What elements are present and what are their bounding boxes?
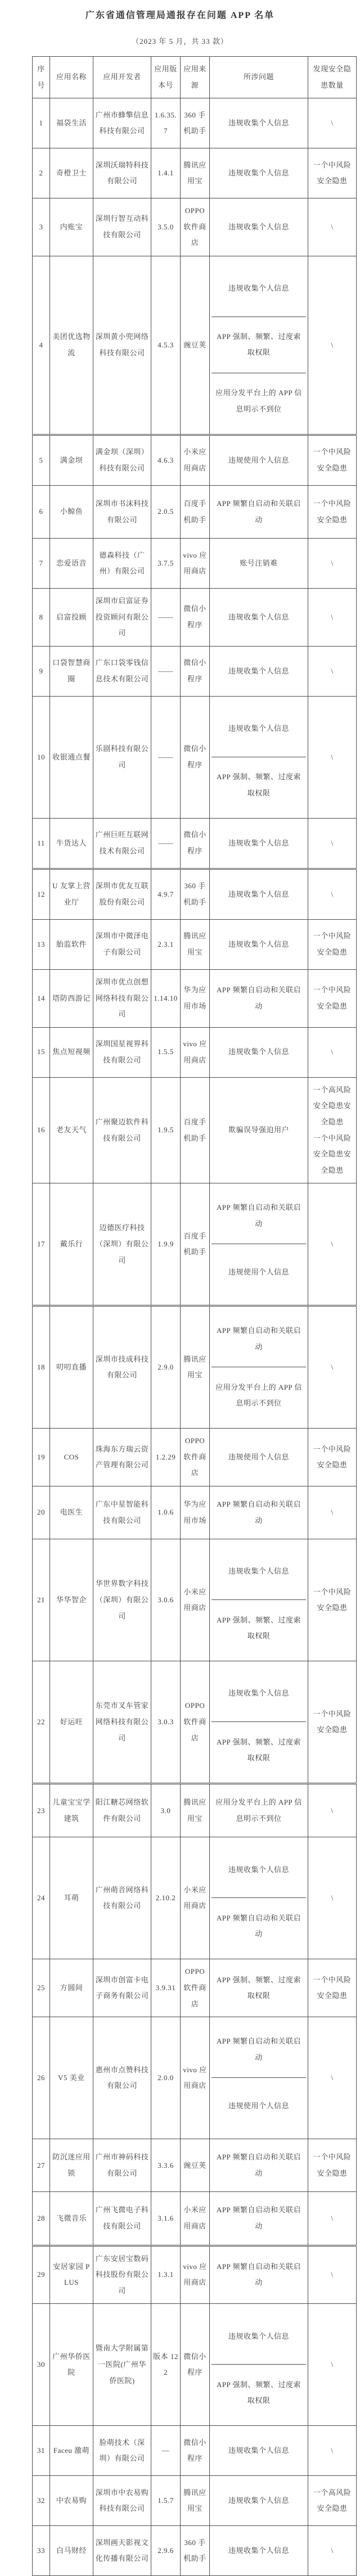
table-row: 17戴乐行迈德医疗科技（深圳）有限公司1.9.9百度手机助手APP 频繁自启动和… <box>33 1183 357 1306</box>
cell-app-name: 中农易购 <box>50 2476 93 2526</box>
issue-item: 应用分发平台上的 APP 信息明示不到位 <box>211 373 306 430</box>
issue-item: 违规收集个人信息 <box>211 103 306 143</box>
cell-risk-count: 一个中风险安全隐患 <box>308 485 357 538</box>
issue-item: APP 频繁自启动和关联启动 <box>211 2144 306 2187</box>
table-row: 31Faceu 激萌脸萌技术（深圳）有限公司—微信小程序违规收集个人信息\ <box>33 2426 357 2476</box>
cell-serial-number: 1 <box>33 98 50 148</box>
cell-risk-count: \ <box>308 2426 357 2476</box>
risk-count-line: 一个中风险安全隐患 <box>310 496 354 528</box>
cell-app-name: 白马财经 <box>50 2526 93 2576</box>
table-row: 18叨叨直播深圳市技成科技有限公司2.9.0腾讯应用宝APP 频繁自启动和关联启… <box>33 1306 357 1429</box>
cell-risk-count: \ <box>308 2017 357 2139</box>
cell-issues: 违规收集个人信息 <box>210 2476 308 2526</box>
cell-risk-count: 一个中风险安全隐患 <box>308 435 357 485</box>
cell-serial-number: 23 <box>33 1784 50 1837</box>
cell-serial-number: 17 <box>33 1183 50 1306</box>
cell-source: 豌豆荚 <box>181 256 210 435</box>
cell-issues: 违规收集个人信息APP 强制、频繁、过度索取权限 <box>210 696 308 818</box>
issue-item: APP 频繁自启动和关联启动 <box>211 1491 306 1534</box>
cell-developer: 深圳沃瑞特科技有限公司 <box>93 148 151 198</box>
cell-risk-count: \ <box>308 2526 357 2576</box>
cell-risk-count: \ <box>308 198 357 256</box>
column-header: 所涉问题 <box>210 57 308 98</box>
cell-issues: 违规收集个人信息APP 强制、频繁、过度索取权限 <box>210 2304 308 2426</box>
issue-item: APP 频繁自启动和关联启动 <box>211 1188 306 1244</box>
issue-item: APP 频繁自启动和关联启动 <box>211 2022 306 2078</box>
risk-count-line: \ <box>310 2443 354 2459</box>
cell-developer: 深圳行智互动科技有限公司 <box>93 198 151 256</box>
cell-developer: 深圳市书沫科技有限公司 <box>93 485 151 538</box>
risk-count-line: \ <box>310 1236 354 1253</box>
cell-developer: 深圳画天影视文化传播有限公司 <box>93 2526 151 2576</box>
cell-version: 3.0.3 <box>151 1661 181 1784</box>
cell-source: vivo 应用商店 <box>181 1027 210 1077</box>
cell-app-name: 老友天气 <box>50 1077 93 1183</box>
issue-item: 违规收集个人信息 <box>211 1544 306 1600</box>
issue-item: 账号注销难 <box>211 543 306 584</box>
page-subtitle: （2023 年 5 月，共 33 款） <box>0 35 360 46</box>
cell-source: 小米应用商店 <box>181 435 210 485</box>
table-row: 29安居家园 PLUS广东安居宝数码科技股份有限公司1.3.1vivo 应用商店… <box>33 2245 357 2304</box>
cell-app-name: 耳萌 <box>50 1837 93 1959</box>
cell-developer: 深圳市创富卡电子商务有限公司 <box>93 1959 151 2017</box>
cell-version: 1.4.1 <box>151 148 181 198</box>
table-row: 13胎监软件深圳市中微泽电子有限公司2.3.1腾讯应用宝违规收集个人信息一个中风… <box>33 919 357 969</box>
issue-item: 违规使用个人信息 <box>211 2078 306 2134</box>
column-header: 应用版本号 <box>151 57 181 98</box>
cell-serial-number: 3 <box>33 198 50 256</box>
cell-app-name: 启富投顾 <box>50 589 93 647</box>
cell-issues: 违规收集个人信息 <box>210 2426 308 2476</box>
cell-source: OPPO 软件商店 <box>181 1661 210 1784</box>
table-row: 6小鲸鱼深圳市书沫科技有限公司2.0.5百度手机助手APP 频繁自启动和关联启动… <box>33 485 357 538</box>
cell-app-name: Faceu 激萌 <box>50 2426 93 2476</box>
table-row: 14塔防西游记深圳市优点创想网络科技有限公司1.14.10华为应用市场APP 频… <box>33 969 357 1027</box>
table-row: 9口袋智慧商圈广东口袋零钱信息技术有限公司——微信小程序违规收集个人信息\ <box>33 646 357 696</box>
cell-risk-count: \ <box>308 1784 357 1837</box>
cell-serial-number: 11 <box>33 818 50 869</box>
cell-source: 360 手机助手 <box>181 869 210 919</box>
cell-issues: 违规收集个人信息 <box>210 646 308 696</box>
cell-source: 华为应用市场 <box>181 1486 210 1539</box>
cell-developer: 广州市神码科技有限公司 <box>93 2139 151 2192</box>
cell-developer: 深圳市优友互联股份有限公司 <box>93 869 151 919</box>
cell-risk-count: \ <box>308 1306 357 1429</box>
cell-app-name: 奇橙卫士 <box>50 148 93 198</box>
cell-risk-count: \ <box>308 2245 357 2304</box>
cell-source: 腾讯应用宝 <box>181 148 210 198</box>
cell-version: 2.9.0 <box>151 1306 181 1429</box>
issue-item: 违规使用个人信息 <box>211 1244 306 1300</box>
cell-serial-number: 7 <box>33 539 50 589</box>
cell-risk-count: \ <box>308 2304 357 2426</box>
cell-issues: 违规收集个人信息 <box>210 198 308 256</box>
risk-count-line: \ <box>310 2543 354 2559</box>
cell-serial-number: 12 <box>33 869 50 919</box>
cell-app-name: 安居家园 PLUS <box>50 2245 93 2304</box>
cell-app-name: 飞微音乐 <box>50 2192 93 2245</box>
cell-version: 2.0.5 <box>151 485 181 538</box>
table-row: 4美团优选物流深圳黄小兜网络科技有限公司4.5.3豌豆荚违规收集个人信息APP … <box>33 256 357 435</box>
cell-issues: 违规收集个人信息APP 强制、频繁、过度索取权限 <box>210 1539 308 1661</box>
risk-count-line: 一个中风险安全隐患 <box>310 1441 354 1474</box>
cell-source: 华为应用市场 <box>181 969 210 1027</box>
cell-version: 2.9.6 <box>151 2526 181 2576</box>
risk-count-line: \ <box>310 337 354 354</box>
cell-serial-number: 29 <box>33 2245 50 2304</box>
cell-developer: 深圳市中农易购科技有限公司 <box>93 2476 151 2526</box>
cell-source: 腾讯应用宝 <box>181 1784 210 1837</box>
cell-developer: 华世界数字科技（深圳）有限公司 <box>93 1539 151 1661</box>
cell-risk-count: \ <box>308 589 357 647</box>
cell-serial-number: 8 <box>33 589 50 647</box>
cell-serial-number: 24 <box>33 1837 50 1959</box>
cell-app-name: 福袋生活 <box>50 98 93 148</box>
cell-app-name: 美团优选物流 <box>50 256 93 435</box>
cell-serial-number: 14 <box>33 969 50 1027</box>
cell-source: 腾讯应用宝 <box>181 1306 210 1429</box>
risk-count-line: 一个中风险安全隐患 <box>310 982 354 1014</box>
cell-app-name: 叨叨直播 <box>50 1306 93 1429</box>
cell-developer: 暨南大学附属第一医院(广州华侨医院) <box>93 2304 151 2426</box>
cell-developer: 广州萌音网络科技有限公司 <box>93 1837 151 1959</box>
risk-count-line: 一个中风险安全隐患 <box>310 1706 354 1738</box>
cell-serial-number: 19 <box>33 1429 50 1486</box>
cell-developer: 德森科技（广州）有限公司 <box>93 539 151 589</box>
cell-developer: 深圳市中微泽电子有限公司 <box>93 919 151 969</box>
issue-item: APP 强制、频繁、过度索取权限 <box>211 1600 306 1656</box>
issue-item: 违规收集个人信息 <box>211 1666 306 1722</box>
risk-count-line: 一个中风险安全隐患 <box>310 444 354 476</box>
cell-source: 小米应用商店 <box>181 1539 210 1661</box>
risk-count-line: \ <box>310 835 354 852</box>
cell-source: OPPO 软件商店 <box>181 1959 210 2017</box>
issue-item: APP 频繁自启动和关联启动 <box>211 2253 306 2297</box>
cell-issues: 违规使用个人信息 <box>210 1429 308 1486</box>
risk-count-line: \ <box>310 1803 354 1819</box>
table-row: 1福袋生活广州市蜂擎信息科技有限公司1.6.35.7360 手机助手违规收集个人… <box>33 98 357 148</box>
issue-item: 违规收集个人信息 <box>211 924 306 965</box>
column-header: 发现安全隐患数量 <box>308 57 357 98</box>
cell-source: vivo 应用商店 <box>181 539 210 589</box>
cell-version: 4.5.3 <box>151 256 181 435</box>
table-row: 33白马财经深圳画天影视文化传播有限公司2.9.6360 手机助手违规收集个人信… <box>33 2526 357 2576</box>
cell-serial-number: 31 <box>33 2426 50 2476</box>
cell-developer: 脸萌技术（深圳）有限公司 <box>93 2426 151 2476</box>
cell-source: 百度手机助手 <box>181 1183 210 1306</box>
table-header: 序号应用名称应用开发者应用版本号应用来源所涉问题发现安全隐患数量 <box>33 57 357 98</box>
cell-issues: APP 频繁自启动和关联启动违规使用个人信息 <box>210 2017 308 2139</box>
cell-developer: 乐剧科技有限公司 <box>93 696 151 818</box>
cell-app-name: 收银通点餐 <box>50 696 93 818</box>
risk-count-line: 一个中风险安全隐患 <box>310 928 354 960</box>
column-header: 应用名称 <box>50 57 93 98</box>
table-row: 16老友天气广州聚迈软件科技有限公司1.9.5百度手机助手欺骗误导强迫用户一个高… <box>33 1077 357 1183</box>
issue-item: 应用分发平台上的 APP 信息明示不到位 <box>211 1367 306 1423</box>
cell-app-name: 戴乐行 <box>50 1183 93 1306</box>
cell-issues: APP 频繁自启动和关联启动 <box>210 485 308 538</box>
cell-risk-count: 一个中风险安全隐患 <box>308 1661 357 1784</box>
risk-count-line: 一个中风险安全隐患安全隐患 <box>310 1131 354 1179</box>
issue-item: APP 频繁自启动和关联启动 <box>211 490 306 534</box>
cell-developer: 广州飞微电子科技有限公司 <box>93 2192 151 2245</box>
cell-app-name: 焦点短视频 <box>50 1027 93 1077</box>
cell-version: 3.0.6 <box>151 1539 181 1661</box>
issue-item: APP 强制、频繁、过度索取权限 <box>211 1967 306 2010</box>
cell-serial-number: 21 <box>33 1539 50 1661</box>
table-row: 8启富投顾深圳市启富证券投资顾问有限公司——微信小程序违规收集个人信息\ <box>33 589 357 647</box>
cell-app-name: 满金坝 <box>50 435 93 485</box>
cell-risk-count: \ <box>308 646 357 696</box>
table-row: 22好运旺东莞市叉车管家网络科技有限公司3.0.3OPPO 软件商店违规收集个人… <box>33 1661 357 1784</box>
cell-developer: 广东中星智能科技有限公司 <box>93 1486 151 1539</box>
issue-item: 违规收集个人信息 <box>211 597 306 638</box>
cell-issues: 违规收集个人信息APP 强制、频繁、过度索取权限应用分发平台上的 APP 信息明… <box>210 256 308 435</box>
table-row: 5满金坝满金坝（深圳）科技有限公司4.6.3小米应用商店违规使用个人信息一个中风… <box>33 435 357 485</box>
cell-app-name: 方圆间 <box>50 1959 93 2017</box>
cell-risk-count: \ <box>308 1486 357 1539</box>
risk-count-line: \ <box>310 1044 354 1060</box>
table-row: 20电医生广东中星智能科技有限公司1.0.6华为应用市场APP 频繁自启动和关联… <box>33 1486 357 1539</box>
cell-risk-count: \ <box>308 539 357 589</box>
cell-risk-count: \ <box>308 98 357 148</box>
cell-source: 微信小程序 <box>181 2304 210 2426</box>
cell-source: 腾讯应用宝 <box>181 2476 210 2526</box>
cell-risk-count: 一个中风险安全隐患 <box>308 969 357 1027</box>
cell-serial-number: 10 <box>33 696 50 818</box>
cell-version: 3.3.6 <box>151 2139 181 2192</box>
cell-serial-number: 25 <box>33 1959 50 2017</box>
cell-app-name: 口袋智慧商圈 <box>50 646 93 696</box>
table-row: 19COS珠海东方瑞云资产管理有限公司1.2.29OPPO 软件商店违规使用个人… <box>33 1429 357 1486</box>
cell-developer: 珠海东方瑞云资产管理有限公司 <box>93 1429 151 1486</box>
cell-risk-count: 一个中风险安全隐患 <box>308 1429 357 1486</box>
issue-item: 违规收集个人信息 <box>211 2308 306 2365</box>
risk-count-line: \ <box>310 2211 354 2227</box>
cell-source: 微信小程序 <box>181 818 210 869</box>
cell-serial-number: 18 <box>33 1306 50 1429</box>
cell-issues: 欺骗误导强迫用户 <box>210 1077 308 1183</box>
cell-source: 360 手机助手 <box>181 2526 210 2576</box>
cell-issues: 违规收集个人信息APP 频繁自启动和关联启动 <box>210 1837 308 1959</box>
risk-count-line: 一个高风险安全隐患安全隐患 <box>310 1082 354 1131</box>
issue-item: 违规收集个人信息 <box>211 261 306 317</box>
cell-issues: APP 频繁自启动和关联启动 <box>210 2192 308 2245</box>
issue-item: 违规收集个人信息 <box>211 2480 306 2521</box>
cell-version: 1.3.1 <box>151 2245 181 2304</box>
column-header: 序号 <box>33 57 50 98</box>
table-row: 7恋爱语音德森科技（广州）有限公司3.7.5vivo 应用商店账号注销难\ <box>33 539 357 589</box>
cell-source: OPPO 软件商店 <box>181 198 210 256</box>
cell-issues: 违规收集个人信息 <box>210 2526 308 2576</box>
cell-source: 小米应用商店 <box>181 2192 210 2245</box>
issue-item: 违规收集个人信息 <box>211 207 306 247</box>
table-row: 24耳萌广州萌音网络科技有限公司2.10.2小米应用商店违规收集个人信息APP … <box>33 1837 357 1959</box>
issue-item: 违规收集个人信息 <box>211 651 306 692</box>
cell-risk-count: \ <box>308 869 357 919</box>
cell-developer: 深圳黄小兜网络科技有限公司 <box>93 256 151 435</box>
cell-source: vivo 应用商店 <box>181 2017 210 2139</box>
cell-risk-count: 一个高风险安全隐患 <box>308 2476 357 2526</box>
cell-risk-count: 一个中风险安全隐患 <box>308 1539 357 1661</box>
table-row: 10收银通点餐乐剧科技有限公司——微信小程序违规收集个人信息APP 强制、频繁、… <box>33 696 357 818</box>
cell-developer: 广州聚迈软件科技有限公司 <box>93 1077 151 1183</box>
cell-serial-number: 28 <box>33 2192 50 2245</box>
cell-risk-count: 一个中风险安全隐患 <box>308 919 357 969</box>
table-row: 30广州华侨医院暨南大学附属第一医院(广州华侨医院)版本 122微信小程序违规收… <box>33 2304 357 2426</box>
cell-app-name: COS <box>50 1429 93 1486</box>
cell-risk-count: \ <box>308 1027 357 1077</box>
cell-app-name: 好运旺 <box>50 1661 93 1784</box>
cell-developer: 广州巨旺互联网技术有限公司 <box>93 818 151 869</box>
cell-app-name: 内账宝 <box>50 198 93 256</box>
document-page: 广东省通信管理局通报存在问题 APP 名单 （2023 年 5 月，共 33 款… <box>0 0 360 2576</box>
cell-serial-number: 13 <box>33 919 50 969</box>
cell-issues: 违规收集个人信息 <box>210 148 308 198</box>
column-header: 应用来源 <box>181 57 210 98</box>
header-row: 序号应用名称应用开发者应用版本号应用来源所涉问题发现安全隐患数量 <box>33 57 357 98</box>
cell-developer: 深圳市技成科技有限公司 <box>93 1306 151 1429</box>
risk-count-line: \ <box>310 2070 354 2086</box>
cell-version: 3.9.31 <box>151 1959 181 2017</box>
cell-developer: 深圳市优点创想网络科技有限公司 <box>93 969 151 1027</box>
page-title: 广东省通信管理局通报存在问题 APP 名单 <box>0 0 360 21</box>
cell-version: 1.0.6 <box>151 1486 181 1539</box>
cell-serial-number: 9 <box>33 646 50 696</box>
cell-issues: 违规收集个人信息 <box>210 869 308 919</box>
cell-version: 4.9.7 <box>151 869 181 919</box>
cell-app-name: 牛货达人 <box>50 818 93 869</box>
cell-developer: 广东口袋零钱信息技术有限公司 <box>93 646 151 696</box>
cell-serial-number: 20 <box>33 1486 50 1539</box>
cell-issues: APP 频繁自启动和关联启动应用分发平台上的 APP 信息明示不到位 <box>210 1306 308 1429</box>
cell-developer: 阳江糖芯网络软件有限公司 <box>93 1784 151 1837</box>
table-row: 11牛货达人广州巨旺互联网技术有限公司——微信小程序违规收集个人信息\ <box>33 818 357 869</box>
issue-item: APP 强制、频繁、过度索取权限 <box>211 317 306 373</box>
cell-version: 3.0 <box>151 1784 181 1837</box>
cell-issues: 应用分发平台上的 APP 信息明示不到位 <box>210 1784 308 1837</box>
cell-developer: 迈德医疗科技（深圳）有限公司 <box>93 1183 151 1306</box>
cell-issues: APP 频繁自启动和关联启动 <box>210 969 308 1027</box>
risk-count-line: \ <box>310 663 354 680</box>
issue-item: 违规使用个人信息 <box>211 1437 306 1477</box>
risk-count-line: 一个中风险安全隐患 <box>310 1972 354 2004</box>
cell-version: 1.2.29 <box>151 1429 181 1486</box>
cell-version: 2.10.2 <box>151 1837 181 1959</box>
cell-developer: 广东安居宝数码科技股份有限公司 <box>93 2245 151 2304</box>
table-row: 32中农易购深圳市中农易购科技有限公司1.5.7腾讯应用宝违规收集个人信息一个高… <box>33 2476 357 2526</box>
issue-item: 欺骗误导强迫用户 <box>211 1110 306 1151</box>
cell-serial-number: 32 <box>33 2476 50 2526</box>
cell-issues: 违规收集个人信息 <box>210 1027 308 1077</box>
cell-source: 微信小程序 <box>181 696 210 818</box>
cell-risk-count: \ <box>308 2192 357 2245</box>
table-body: 1福袋生活广州市蜂擎信息科技有限公司1.6.35.7360 手机助手违规收集个人… <box>33 98 357 2576</box>
cell-app-name: 恋爱语音 <box>50 539 93 589</box>
issue-item: 违规收集个人信息 <box>211 1842 306 1898</box>
risk-count-line: \ <box>310 1359 354 1376</box>
table-row: 28飞微音乐广州飞微电子科技有限公司3.1.6小米应用商店APP 频繁自启动和关… <box>33 2192 357 2245</box>
cell-app-name: 小鲸鱼 <box>50 485 93 538</box>
cell-version: 3.1.6 <box>151 2192 181 2245</box>
cell-developer: 惠州市点赞科技有限公司 <box>93 2017 151 2139</box>
risk-count-line: 一个高风险安全隐患 <box>310 2485 354 2517</box>
issue-item: 违规收集个人信息 <box>211 823 306 864</box>
cell-version: 1.9.9 <box>151 1183 181 1306</box>
cell-risk-count: 一个中风险安全隐患 <box>308 1959 357 2017</box>
cell-version: 1.5.7 <box>151 2476 181 2526</box>
cell-serial-number: 15 <box>33 1027 50 1077</box>
table-row: 2奇橙卫士深圳沃瑞特科技有限公司1.4.1腾讯应用宝违规收集个人信息一个中风险安… <box>33 148 357 198</box>
cell-source: 微信小程序 <box>181 589 210 647</box>
cell-issues: APP 强制、频繁、过度索取权限 <box>210 1959 308 2017</box>
column-header: 应用开发者 <box>93 57 151 98</box>
cell-version: 版本 122 <box>151 2304 181 2426</box>
cell-issues: APP 频繁自启动和关联启动 <box>210 2245 308 2304</box>
risk-count-line: \ <box>310 2267 354 2283</box>
cell-risk-count: \ <box>308 256 357 435</box>
risk-count-line: 一个中风险安全隐患 <box>310 2149 354 2181</box>
risk-count-line: \ <box>310 219 354 236</box>
issue-item: 违规收集个人信息 <box>211 874 306 915</box>
issue-item: 违规收集个人信息 <box>211 153 306 193</box>
table-row: 12U 友掌上营业厅深圳市优友互联股份有限公司4.9.7360 手机助手违规收集… <box>33 869 357 919</box>
cell-serial-number: 26 <box>33 2017 50 2139</box>
risk-count-line: \ <box>310 887 354 903</box>
cell-developer: 东莞市叉车管家网络科技有限公司 <box>93 1661 151 1784</box>
cell-app-name: V5 美业 <box>50 2017 93 2139</box>
cell-serial-number: 4 <box>33 256 50 435</box>
cell-app-name: 塔防西游记 <box>50 969 93 1027</box>
cell-version: 1.9.5 <box>151 1077 181 1183</box>
cell-developer: 广州市蜂擎信息科技有限公司 <box>93 98 151 148</box>
cell-version: 3.5.0 <box>151 198 181 256</box>
cell-risk-count: 一个中风险安全隐患 <box>308 148 357 198</box>
risk-count-line: \ <box>310 1504 354 1521</box>
cell-app-name: 广州华侨医院 <box>50 2304 93 2426</box>
issue-item: APP 频繁自启动和关联启动 <box>211 1898 306 1954</box>
cell-version: 4.6.3 <box>151 435 181 485</box>
issue-item: 违规收集个人信息 <box>211 1032 306 1073</box>
cell-version: 1.6.35.7 <box>151 98 181 148</box>
cell-source: 360 手机助手 <box>181 98 210 148</box>
cell-version: 3.7.5 <box>151 539 181 589</box>
problem-app-table: 序号应用名称应用开发者应用版本号应用来源所涉问题发现安全隐患数量 1福袋生活广州… <box>32 56 357 2576</box>
cell-serial-number: 6 <box>33 485 50 538</box>
risk-count-line: \ <box>310 1890 354 1906</box>
cell-version: 2.3.1 <box>151 919 181 969</box>
cell-version: 1.5.5 <box>151 1027 181 1077</box>
cell-risk-count: \ <box>308 696 357 818</box>
cell-risk-count: \ <box>308 818 357 869</box>
cell-risk-count: 一个中风险安全隐患 <box>308 2139 357 2192</box>
risk-count-line: \ <box>310 115 354 132</box>
table-row: 25方圆间深圳市创富卡电子商务有限公司3.9.31OPPO 软件商店APP 强制… <box>33 1959 357 2017</box>
cell-version: 2.0.0 <box>151 2017 181 2139</box>
cell-issues: APP 频繁自启动和关联启动 <box>210 1486 308 1539</box>
cell-version: — <box>151 2426 181 2476</box>
cell-source: 豌豆荚 <box>181 2139 210 2192</box>
cell-source: 腾讯应用宝 <box>181 919 210 969</box>
cell-risk-count: \ <box>308 1837 357 1959</box>
cell-developer: 深圳国星视界科技有限公司 <box>93 1027 151 1077</box>
issue-item: 应用分发平台上的 APP 信息明示不到位 <box>211 1789 306 1832</box>
cell-serial-number: 22 <box>33 1661 50 1784</box>
cell-app-name: 胎监软件 <box>50 919 93 969</box>
table-row: 23儿童宝宝学建筑阳江糖芯网络软件有限公司3.0腾讯应用宝应用分发平台上的 AP… <box>33 1784 357 1837</box>
cell-risk-count: 一个高风险安全隐患安全隐患一个中风险安全隐患安全隐患 <box>308 1077 357 1183</box>
cell-issues: 违规使用个人信息 <box>210 435 308 485</box>
